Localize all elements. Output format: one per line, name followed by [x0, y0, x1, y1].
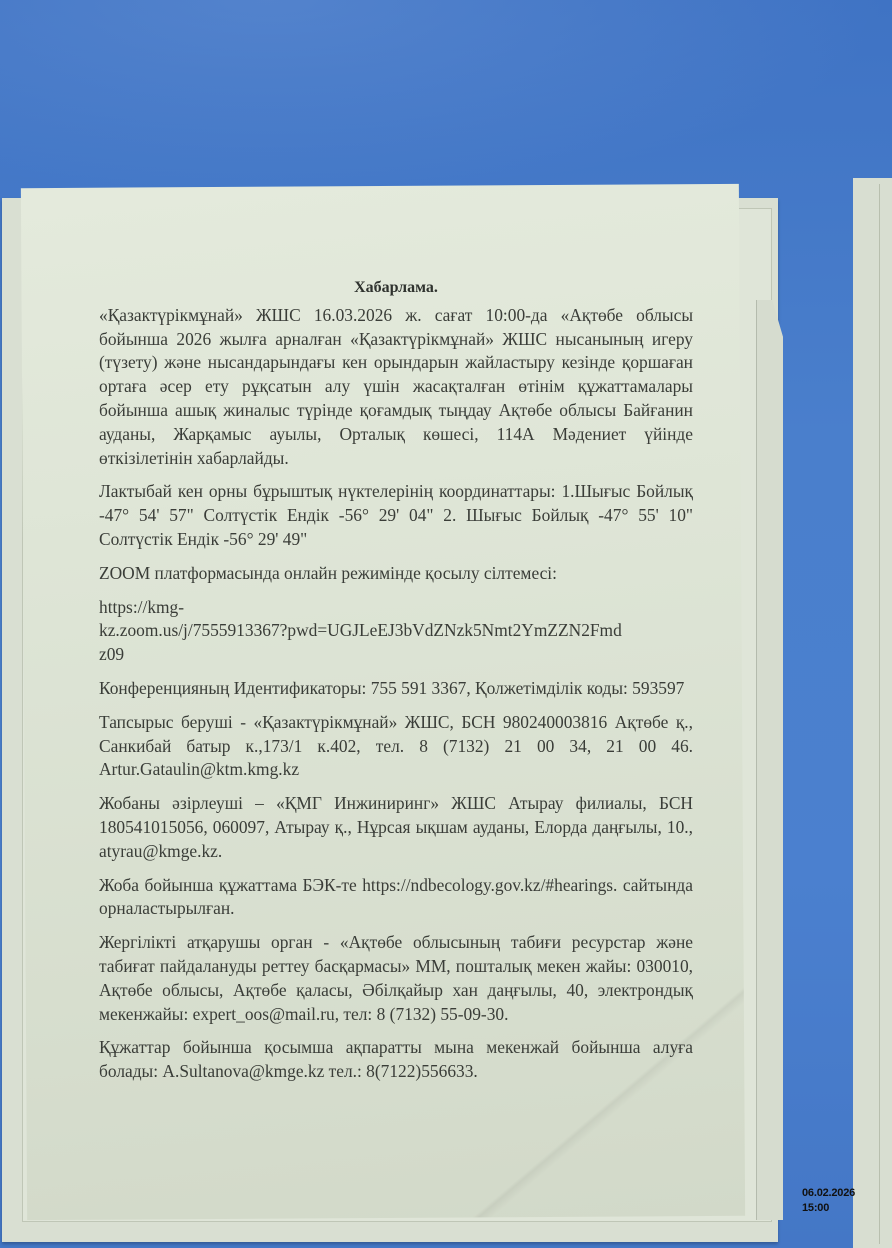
- zoom-link: https://kmg- kz.zoom.us/j/7555913367?pwd…: [99, 596, 693, 667]
- documentation-paragraph: Жоба бойынша құжаттама БЭК-те https://nd…: [99, 874, 693, 922]
- local-authority-paragraph: Жергілікті атқарушы орган - «Ақтөбе облы…: [99, 931, 693, 1026]
- blue-board-background: [0, 0, 892, 200]
- frame-edge: [879, 184, 880, 1244]
- timestamp-time: 15:00: [802, 1201, 855, 1216]
- zoom-intro: ZOOM платформасында онлайн режимінде қос…: [99, 562, 693, 586]
- photo-timestamp: 06.02.2026 15:00: [802, 1186, 855, 1216]
- timestamp-date: 06.02.2026: [802, 1186, 855, 1201]
- notice-document: Хабарлама. «Қазактүрікмұнай» ЖШС 16.03.2…: [99, 276, 693, 1094]
- adjacent-notice-frame: [853, 178, 892, 1248]
- customer-paragraph: Тапсырыс беруші - «Қазактүрікмұнай» ЖШС,…: [99, 711, 693, 782]
- notice-title: Хабарлама.: [99, 276, 693, 300]
- zoom-link-line-3: z09: [99, 644, 124, 664]
- conference-id-paragraph: Конференцияның Идентификаторы: 755 591 3…: [99, 677, 693, 701]
- developer-paragraph: Жобаны әзірлеуші – «ҚМГ Инжиниринг» ЖШС …: [99, 792, 693, 863]
- additional-info-paragraph: Құжаттар бойынша қосымша ақпаратты мына …: [99, 1036, 693, 1084]
- zoom-link-line-2: kz.zoom.us/j/7555913367?pwd=UGJLeEJ3bVdZ…: [99, 620, 622, 640]
- announcement-paragraph: «Қазактүрікмұнай» ЖШС 16.03.2026 ж. саға…: [99, 304, 693, 471]
- zoom-link-line-1: https://kmg-: [99, 597, 184, 617]
- second-sheet-edge: [756, 300, 783, 1220]
- coordinates-paragraph: Лактыбай кен орны бұрыштық нүктелерінің …: [99, 480, 693, 551]
